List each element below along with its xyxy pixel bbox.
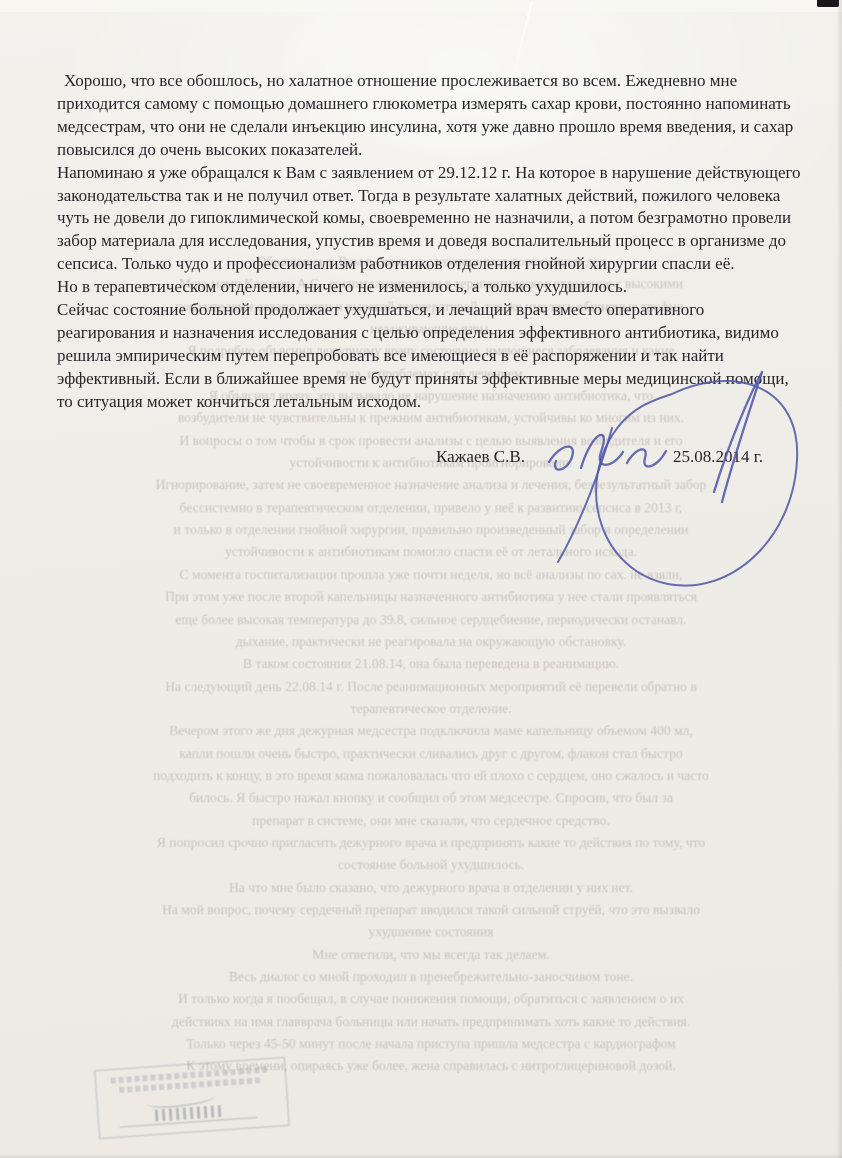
text-line: устойчивости к антибиотикам помогло спас… — [48, 541, 814, 563]
text-line: Весь диалог со мной проходил в пренебреж… — [48, 966, 814, 988]
text-line: капли пошли очень быстро, практически сл… — [48, 743, 814, 765]
scan-edge-shadow — [0, 1153, 842, 1158]
text-line: билось. Я быстро нажал кнопку и сообщил … — [48, 787, 814, 809]
text-line: На следующий день 22.08.14 г. После реан… — [48, 676, 814, 698]
letter-paragraph: Хорошо, что все обошлось, но халатное от… — [57, 70, 805, 162]
received-stamp — [94, 1056, 290, 1139]
text-line: И только когда я пообещал, в случае пони… — [48, 988, 814, 1010]
text-line: терапевтическое отделение. — [48, 698, 814, 720]
letter-body: Хорошо, что все обошлось, но халатное от… — [57, 70, 805, 414]
text-line: состояние больной ухудшилось. — [48, 854, 814, 876]
text-line: ухудшение состояния — [48, 921, 814, 943]
text-line: дыхание, практически не реагировала на о… — [48, 631, 814, 653]
signature-name: Кажаев С.В. — [436, 447, 525, 467]
scan-top-edge — [0, 0, 842, 12]
letter-paragraph: Сейчас состояние больной продолжает ухуд… — [57, 299, 805, 414]
text-line: На что мне было сказано, что дежурного в… — [48, 877, 814, 899]
text-line: При этом уже после второй капельницы наз… — [48, 586, 814, 608]
text-line: Вечером этого же дня дежурная медсестра … — [48, 720, 814, 742]
scan-edge-shadow — [836, 0, 842, 1158]
text-line: подходить к концу, в это время мама пожа… — [48, 765, 814, 787]
text-line: Игнорирование, затем не своевременное на… — [48, 474, 814, 496]
text-line: Только через 45-50 минут после начала пр… — [48, 1033, 814, 1055]
scanned-letter-page: Обращаюсь к Вам в связи со сложившимся п… — [0, 0, 842, 1158]
text-line: В таком состоянии 21.08.14, она была пер… — [48, 653, 814, 675]
letter-paragraph: Напоминаю я уже обращался к Вам с заявле… — [57, 162, 805, 277]
text-line: препарат в системе, они мне сказали, что… — [48, 810, 814, 832]
signature-date: 25.08.2014 г. — [673, 447, 763, 467]
text-line: С момента госпитализации прошла уже почт… — [48, 564, 814, 586]
text-line: и только в отделении гнойной хирургии, п… — [48, 519, 814, 541]
letter-paragraph: Но в терапевтическом отделении, ничего н… — [57, 276, 805, 299]
text-line: еще более высокая температура до 39.8, с… — [48, 609, 814, 631]
text-line: Я попросил срочно пригласить дежурного в… — [48, 832, 814, 854]
text-line: Мне ответили, что мы всегда так делаем. — [48, 944, 814, 966]
text-line: На мой вопрос, почему сердечный препарат… — [48, 899, 814, 921]
text-line: действиях на имя главврача больницы или … — [48, 1011, 814, 1033]
text-line: бессистемно в терапевтическом отделении,… — [48, 497, 814, 519]
